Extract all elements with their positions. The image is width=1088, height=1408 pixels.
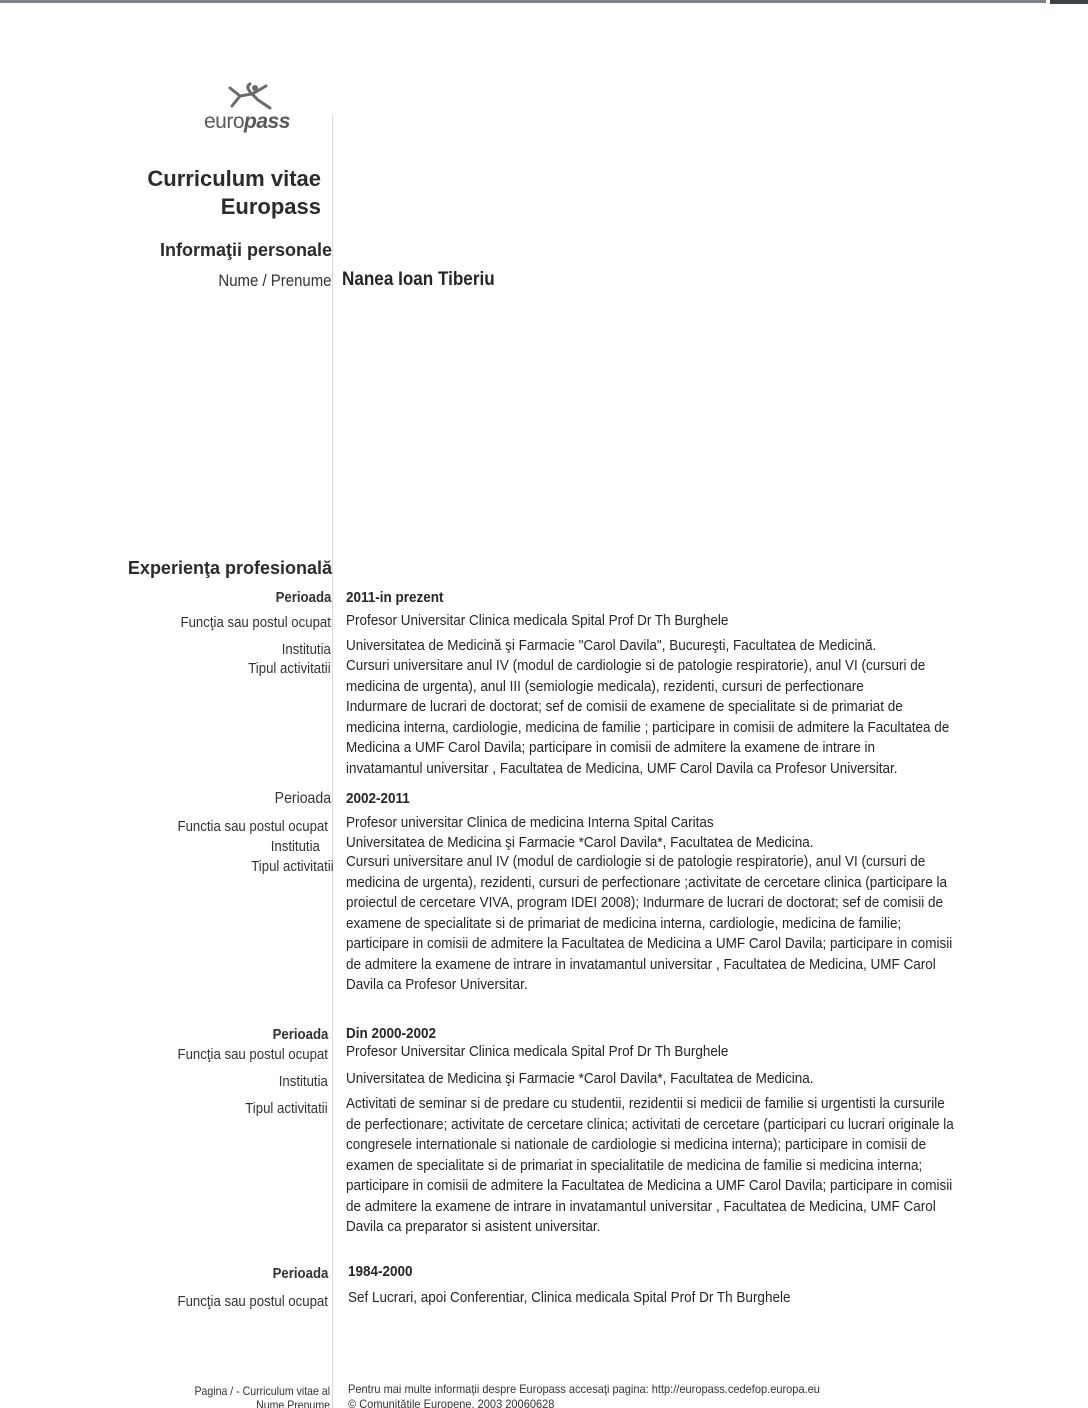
activity-label: Tipul activitatii — [252, 858, 334, 875]
period-label: Perioada — [275, 790, 331, 808]
function-label: Funcţia sau postul ocupat — [181, 614, 331, 631]
experience-heading: Experienţa profesională — [128, 558, 332, 579]
function-label: Funcţia sau postul ocupat — [178, 1046, 328, 1063]
activity-label: Tipul activitatii — [249, 660, 331, 677]
institution-value: Universitatea de Medicina şi Farmacie *C… — [346, 834, 813, 851]
footer-name-line: Nume Prenume — [194, 1398, 330, 1408]
activity-line: Davila ca preparator si asistent univers… — [346, 1217, 994, 1238]
period-label: Perioada — [275, 589, 331, 606]
activity-line: de admitere la examene de intrare in inv… — [346, 1197, 994, 1218]
institution-value: Universitatea de Medicina şi Farmacie *C… — [346, 1070, 813, 1087]
logo-prefix: euro — [204, 110, 244, 133]
activity-line: Medicina a UMF Carol Davila; participare… — [346, 738, 994, 759]
function-value: Profesor Universitar Clinica medicala Sp… — [346, 612, 728, 629]
period-value: 2002-2011 — [346, 790, 410, 807]
period-label: Perioada — [272, 1265, 328, 1282]
activity-text: Activitati de seminar si de predare cu s… — [346, 1094, 994, 1238]
activity-text: Cursuri universitare anul IV (modul de c… — [346, 656, 994, 779]
function-value: Profesor Universitar Clinica medicala Sp… — [346, 1043, 728, 1060]
activity-line: medicina de urgenta), anul III (semiolog… — [346, 677, 994, 698]
activity-line: participare in comisii de admitere la Fa… — [346, 1176, 994, 1197]
activity-line: medicina interna, cardiologie, medicina … — [346, 718, 994, 739]
scan-edge-corner — [1050, 0, 1088, 4]
footer-europass-link[interactable]: Pentru mai multe informaţii despre Europ… — [348, 1382, 820, 1397]
activity-line: Indurmare de lucrari de doctorat; sef de… — [346, 697, 994, 718]
activity-text: Cursuri universitare anul IV (modul de c… — [346, 852, 994, 996]
column-divider — [332, 115, 333, 1408]
name-label: Nume / Prenume — [218, 271, 331, 291]
logo-suffix: pass — [244, 110, 290, 133]
activity-line: Activitati de seminar si de predare cu s… — [346, 1094, 994, 1115]
function-value: Sef Lucrari, apoi Conferentiar, Clinica … — [348, 1289, 790, 1306]
footer-info: Pentru mai multe informaţii despre Europ… — [348, 1382, 820, 1408]
footer-page-info: Pagina / - Curriculum vitae al Nume Pren… — [194, 1384, 330, 1408]
function-label: Functia sau postul ocupat — [178, 818, 328, 835]
institution-label: Institutia — [282, 641, 331, 658]
activity-line: de perfectionare; activitate de cercetar… — [346, 1115, 994, 1136]
name-value: Nanea Ioan Tiberiu — [342, 269, 495, 291]
activity-line: Cursuri universitare anul IV (modul de c… — [346, 852, 994, 873]
activity-line: examene de specialitate si de primariat … — [346, 914, 994, 935]
function-value: Profesor universitar Clinica de medicina… — [346, 814, 714, 831]
period-value: Din 2000-2002 — [346, 1025, 436, 1042]
activity-line: invatamantul universitar , Facultatea de… — [346, 759, 994, 780]
activity-line: examen de specialitate si de primariat i… — [346, 1156, 994, 1177]
function-label: Funcţia sau postul ocupat — [178, 1293, 328, 1310]
cv-title-line1: Curriculum vitae — [147, 166, 321, 192]
institution-label: Institutia — [279, 1073, 328, 1090]
footer-page-line: Pagina / - Curriculum vitae al — [194, 1384, 330, 1398]
activity-line: Cursuri universitare anul IV (modul de c… — [346, 656, 994, 677]
activity-line: participare in comisii de admitere la Fa… — [346, 934, 994, 955]
institution-value: Universitatea de Medicină şi Farmacie "C… — [346, 637, 876, 654]
scan-edge-top — [0, 0, 1046, 3]
period-value: 2011-in prezent — [346, 589, 444, 606]
period-label: Perioada — [272, 1026, 328, 1043]
activity-line: de admitere la examene de intrare in inv… — [346, 955, 994, 976]
activity-line: Davila ca Profesor Universitar. — [346, 975, 994, 996]
activity-line: medicina de urgenta), rezidenti, cursuri… — [346, 873, 994, 894]
europass-wordmark: europass — [204, 110, 290, 134]
footer-copyright: © Comunităţile Europene, 2003 20060628 — [348, 1397, 820, 1408]
period-value: 1984-2000 — [348, 1263, 413, 1280]
cv-title-line2: Europass — [221, 194, 321, 220]
europass-logo: europass — [200, 82, 310, 142]
activity-label: Tipul activitatii — [246, 1100, 328, 1117]
institution-label: Institutia — [271, 838, 320, 855]
activity-line: congresele internationale si nationale d… — [346, 1135, 994, 1156]
activity-line: proiectul de cercetare VIVA, program IDE… — [346, 893, 994, 914]
personal-info-heading: Informaţii personale — [160, 240, 332, 261]
